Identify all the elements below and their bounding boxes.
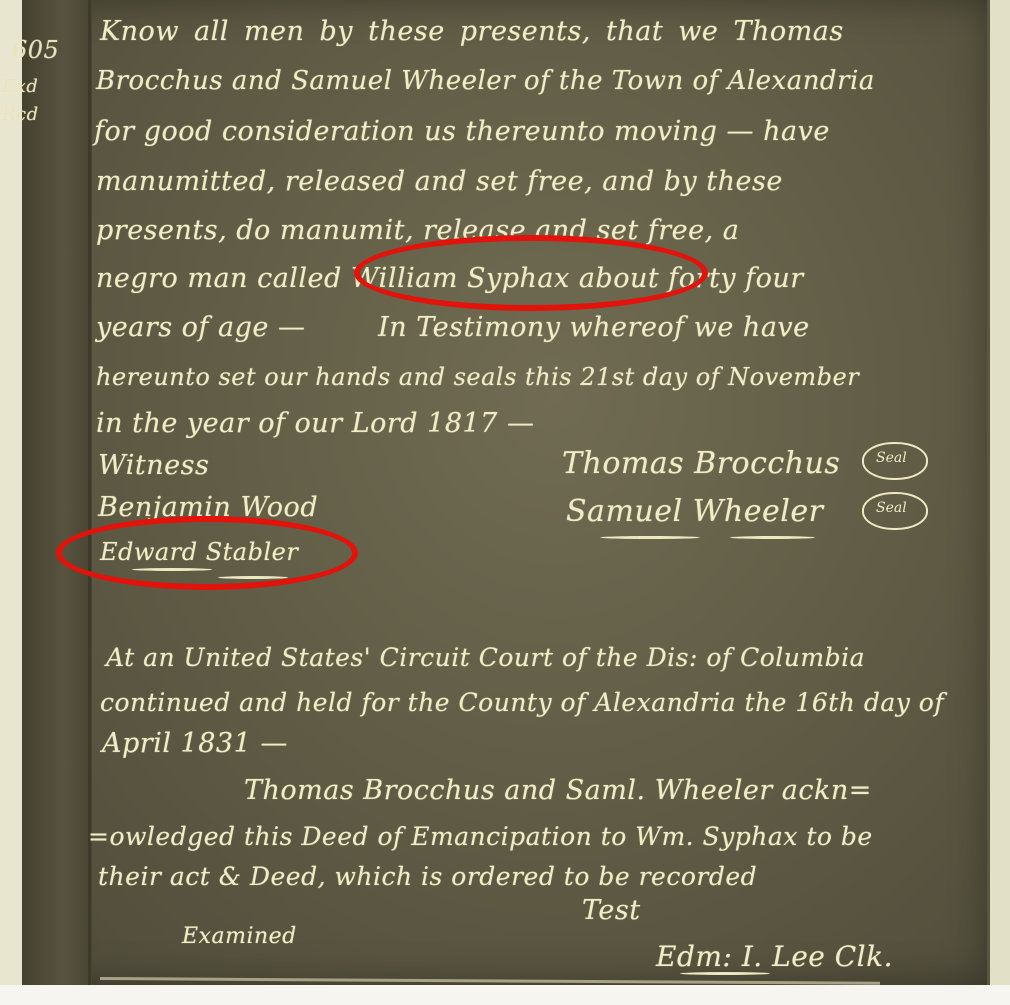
signature-flourish [600,536,700,539]
court-line-1: At an United States' Circuit Court of th… [106,643,865,672]
wax-seal-2: Seal [862,492,928,530]
examined-label: Examined [182,924,297,949]
signature-flourish [730,536,815,539]
test-label: Test [582,895,641,926]
margin-note-exd: Exd [2,76,38,97]
court-line-2: continued and held for the County of Ale… [100,688,944,717]
deed-line-5: presents, do manumit, release and set fr… [96,215,739,246]
seal-label: Seal [876,450,907,466]
acknowledgement-line-1: Thomas Brocchus and Saml. Wheeler ackn= [244,775,872,806]
signature-samuel-wheeler: Samuel Wheeler [566,494,823,529]
right-background-strip [990,0,1010,1005]
deed-line-8: hereunto set our hands and seals this 21… [96,363,859,391]
acknowledgement-line-2: =owledged this Deed of Emancipation to W… [88,822,873,851]
signature-flourish [680,972,770,975]
wax-seal-1: Seal [862,442,928,480]
deed-line-7: years of age — In Testimony whereof we h… [96,312,810,343]
highlight-oval-william-syphax [354,235,708,311]
court-line-3: April 1831 — [102,728,288,759]
deed-line-2: Brocchus and Samuel Wheeler of the Town … [96,66,875,96]
deed-line-3: for good consideration us thereunto movi… [94,116,830,147]
witness-label: Witness [98,450,209,481]
deed-line-4: manumitted, released and set free, and b… [96,166,783,197]
deed-line-1: Know all men by these presents, that we … [100,16,844,47]
margin-page-number: 605 [12,36,59,64]
left-margin [22,0,92,985]
clerk-signature: Edm: I. Lee Clk. [656,940,893,973]
signature-thomas-brocchus: Thomas Brocchus [562,446,840,481]
highlight-oval-edward-stabler [56,516,358,590]
deed-line-9: in the year of our Lord 1817 — [96,408,534,439]
acknowledgement-line-3: their act & Deed, which is ordered to be… [98,862,757,891]
margin-note-rcd: Rcd [2,104,39,125]
seal-label: Seal [876,500,907,516]
bottom-background-strip [0,985,1010,1005]
